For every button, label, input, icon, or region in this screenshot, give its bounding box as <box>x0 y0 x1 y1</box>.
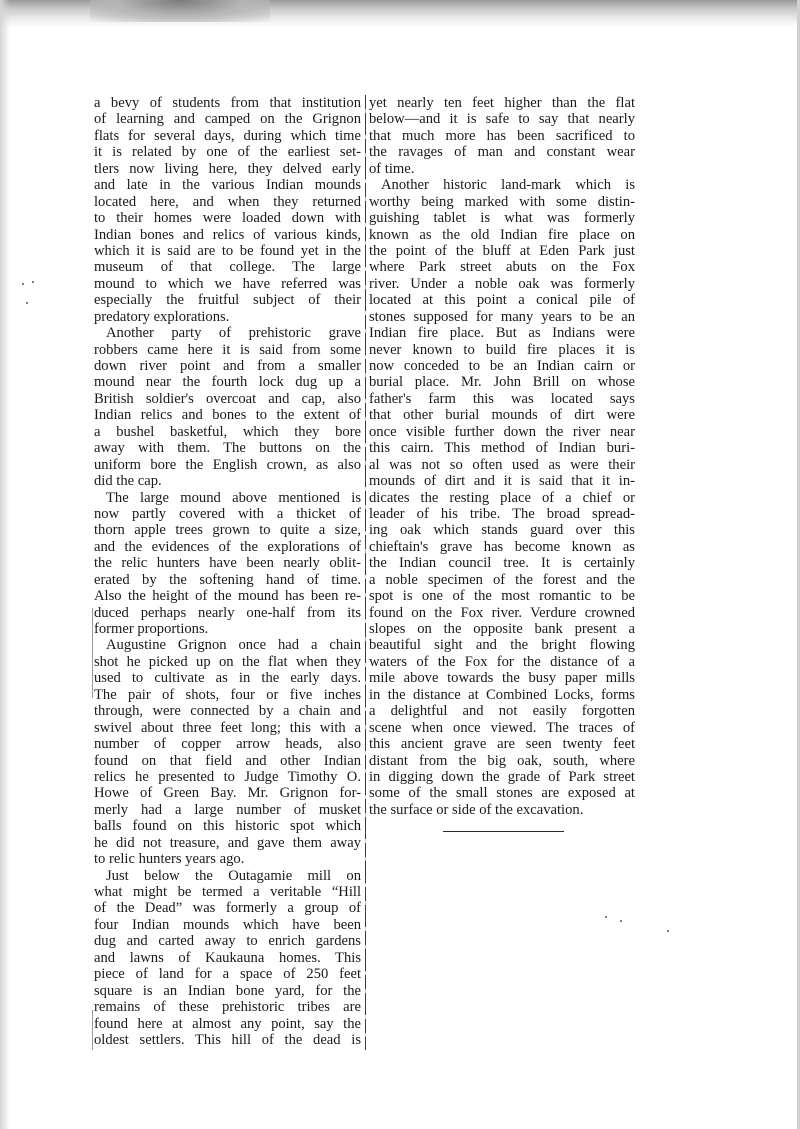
scan-left-edge <box>0 0 10 1129</box>
text-line: father's farm this was located says <box>369 391 635 407</box>
text-line: Indian bones and relics of various kinds… <box>94 227 361 243</box>
text-line: to relic hunters years ago. <box>94 851 361 867</box>
text-line: it is related by one of the earliest set… <box>94 144 361 160</box>
text-line: below—and it is safe to say that nearly <box>369 111 635 127</box>
text-line: beautiful sight and the bright flowing <box>369 637 635 653</box>
text-line: the Indian council tree. It is certainly <box>369 555 635 571</box>
text-line: square is an Indian bone yard, for the <box>94 983 361 999</box>
text-line: remains of these prehistoric tribes are <box>94 999 361 1015</box>
text-line: burial place. Mr. John Brill on whose <box>369 374 635 390</box>
text-line: flats for several days, during which tim… <box>94 128 361 144</box>
text-line: four Indian mounds which have been <box>94 917 361 933</box>
text-line: uniform bore the English crown, as also <box>94 457 361 473</box>
paragraph-start-line: The large mound above mentioned is <box>94 490 361 506</box>
text-line: of learning and camped on the Grignon <box>94 111 361 127</box>
text-line: down river point and from a smaller <box>94 358 361 374</box>
text-line: some of the small stones are exposed at <box>369 785 635 801</box>
text-line: robbers came here it is said from some <box>94 342 361 358</box>
paragraph-start-line: Another historic land-mark which is <box>369 177 635 193</box>
text-line: The pair of shots, four or five inches <box>94 687 361 703</box>
text-line: river. Under a noble oak was formerly <box>369 276 635 292</box>
text-line: chieftain's grave has become known as <box>369 539 635 555</box>
text-line: located here, and when they returned <box>94 194 361 210</box>
text-line: erated by the softening hand of time. <box>94 572 361 588</box>
text-line: especially the fruitful subject of their <box>94 292 361 308</box>
text-line: this ancient grave are seen twenty feet <box>369 736 635 752</box>
text-line: and late in the various Indian mounds <box>94 177 361 193</box>
scan-speck <box>605 916 607 918</box>
text-line: museum of that college. The large <box>94 259 361 275</box>
text-line: predatory explorations. <box>94 309 361 325</box>
text-line: the ravages of man and constant wear <box>369 144 635 160</box>
text-line: tlers now living here, they delved early <box>94 161 361 177</box>
text-line: he did not treasure, and gave them away <box>94 835 361 851</box>
text-line: swivel about three feet long; this with … <box>94 720 361 736</box>
left-column-margin-rule-lower <box>92 1010 93 1050</box>
text-line: a delightful and not easily forgotten <box>369 703 635 719</box>
text-line: this cairn. This method of Indian buri- <box>369 440 635 456</box>
text-line: found here at almost any point, say the <box>94 1016 361 1032</box>
paragraph-start-line: Augustine Grignon once had a chain <box>94 637 361 653</box>
text-line: mound to which we have referred was <box>94 276 361 292</box>
article-column-right: yet nearly ten feet higher than the flat… <box>369 95 635 818</box>
text-line: the surface or side of the excavation. <box>369 802 635 818</box>
text-line: a bevy of students from that institution <box>94 95 361 111</box>
text-line: to their homes were loaded down with <box>94 210 361 226</box>
text-line: dicates the resting place of a chief or <box>369 490 635 506</box>
text-line: that much more has been sacrificed to <box>369 128 635 144</box>
article-end-rule <box>443 831 564 832</box>
text-line: dug and carted away to enrich gardens <box>94 933 361 949</box>
text-line: away with them. The buttons on the <box>94 440 361 456</box>
text-line: scene when once viewed. The traces of <box>369 720 635 736</box>
text-line: and lawns of Kaukauna homes. This <box>94 950 361 966</box>
text-line: mound near the fourth lock dug up a <box>94 374 361 390</box>
text-line: piece of land for a space of 250 feet <box>94 966 361 982</box>
text-line: now conceded to be an Indian cairn or <box>369 358 635 374</box>
text-line: the relic hunters have been nearly oblit… <box>94 555 361 571</box>
text-line: number of copper arrow heads, also <box>94 736 361 752</box>
scan-speck <box>667 930 669 932</box>
text-line: did the cap. <box>94 473 361 489</box>
text-line: spot is one of the most romantic to be <box>369 588 635 604</box>
text-line: found on that field and other Indian <box>94 753 361 769</box>
text-line: Also the height of the mound has been re… <box>94 588 361 604</box>
text-line: slopes on the opposite bank present a <box>369 621 635 637</box>
text-line: in the distance at Combined Locks, forms <box>369 687 635 703</box>
text-line: located at this point a conical pile of <box>369 292 635 308</box>
text-line: which it is said are to be found yet in … <box>94 243 361 259</box>
text-line: Howe of Green Bay. Mr. Grignon for- <box>94 785 361 801</box>
paragraph-start-line: Another party of prehistoric grave <box>94 325 361 341</box>
text-line: the point of the bluff at Eden Park just <box>369 243 635 259</box>
text-line: where Park street abuts on the Fox <box>369 259 635 275</box>
text-line: distant from the big oak, south, where <box>369 753 635 769</box>
text-line: that other burial mounds of dirt were <box>369 407 635 423</box>
column-divider-rule <box>365 95 366 1050</box>
scan-speck <box>22 283 24 285</box>
text-line: balls found on this historic spot which <box>94 818 361 834</box>
text-line: mounds of dirt and it is said that it in… <box>369 473 635 489</box>
text-line: mile above towards the busy paper mills <box>369 670 635 686</box>
text-line: waters of the Fox for the distance of a <box>369 654 635 670</box>
scan-speck <box>26 302 28 304</box>
text-line: merly had a large number of musket <box>94 802 361 818</box>
text-line: known as the old Indian fire place on <box>369 227 635 243</box>
text-line: thorn apple trees grown to quite a size, <box>94 522 361 538</box>
text-line: al was not so often used as were their <box>369 457 635 473</box>
article-column-left: a bevy of students from that institution… <box>94 95 361 1048</box>
text-line: ing oak which stands guard over this <box>369 522 635 538</box>
text-line: duced perhaps nearly one-half from its <box>94 605 361 621</box>
text-line: and the evidences of the explorations of <box>94 539 361 555</box>
text-line: shot he picked up on the flat when they <box>94 654 361 670</box>
text-line: of the Dead” was formerly a group of <box>94 900 361 916</box>
scan-speck <box>620 920 622 922</box>
text-line: stones supposed for many years to be an <box>369 309 635 325</box>
text-line: of time. <box>369 161 635 177</box>
text-line: leader of his tribe. The broad spread- <box>369 506 635 522</box>
text-line: relics he presented to Judge Timothy O. <box>94 769 361 785</box>
text-line: found on the Fox river. Verdure crowned <box>369 605 635 621</box>
text-line: once visible further down the river near <box>369 424 635 440</box>
text-line: oldest settlers. This hill of the dead i… <box>94 1032 361 1048</box>
scan-binding-shadow <box>90 0 270 22</box>
text-line: never known to build fire places it is <box>369 342 635 358</box>
text-line: what might be termed a veritable “Hill <box>94 884 361 900</box>
text-line: former proportions. <box>94 621 361 637</box>
paragraph-start-line: Just below the Outagamie mill on <box>94 868 361 884</box>
text-line: British soldier's overcoat and cap, also <box>94 391 361 407</box>
text-line: now partly covered with a thicket of <box>94 506 361 522</box>
text-line: in digging down the grade of Park street <box>369 769 635 785</box>
text-line: guishing tablet is what was formerly <box>369 210 635 226</box>
text-line: a bushel basketful, which they bore <box>94 424 361 440</box>
text-line: worthy being marked with some distin- <box>369 194 635 210</box>
text-line: a noble specimen of the forest and the <box>369 572 635 588</box>
text-line: yet nearly ten feet higher than the flat <box>369 95 635 111</box>
scan-speck <box>32 281 34 283</box>
left-column-margin-rule <box>92 608 93 698</box>
text-line: used to cultivate as in the early days. <box>94 670 361 686</box>
text-line: through, were connected by a chain and <box>94 703 361 719</box>
text-line: Indian fire place. But as Indians were <box>369 325 635 341</box>
text-line: Indian relics and bones to the extent of <box>94 407 361 423</box>
